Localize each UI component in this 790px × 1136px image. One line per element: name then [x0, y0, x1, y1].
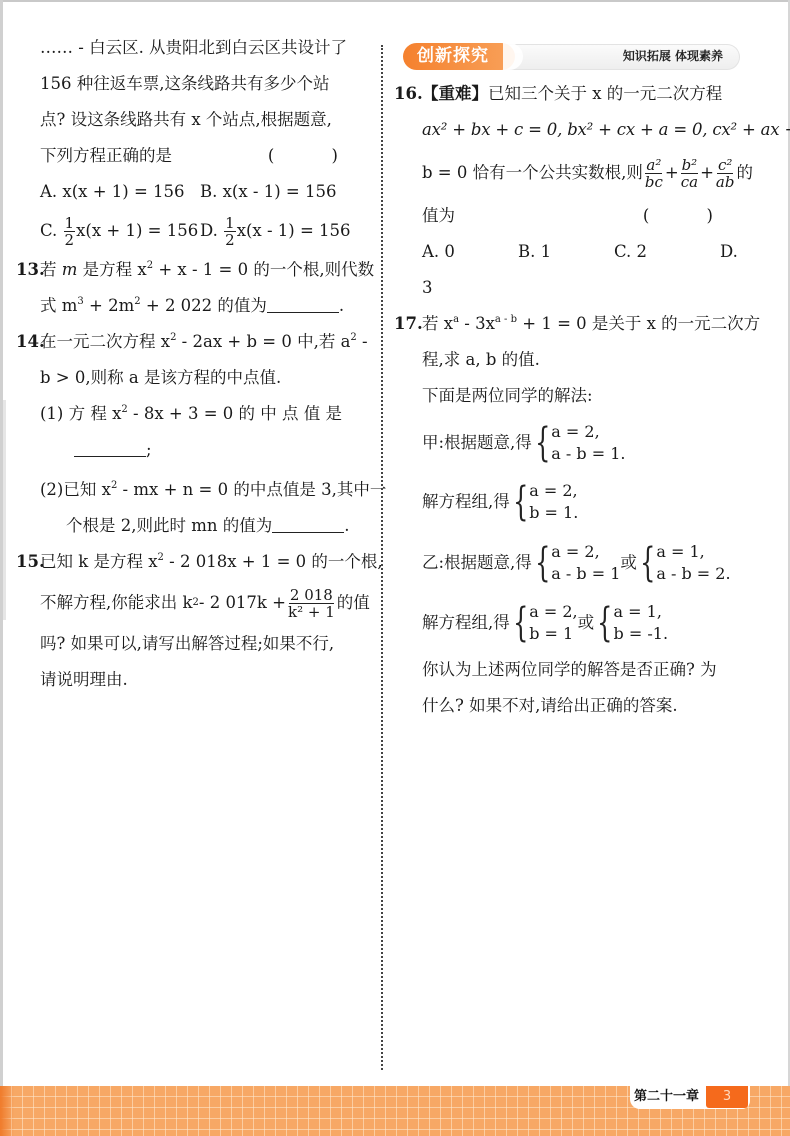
equation-system: {a = 2,a - b = 1.	[532, 421, 626, 465]
q12-options-row-2: C. 12x(x + 1) = 156 D. 12x(x - 1) = 156	[40, 210, 370, 252]
equation: b = 1	[529, 623, 577, 645]
left-column: …… - 白云区. 从贵阳北到白云区共设计了 156 种往返车票,这条线路共有多…	[40, 30, 370, 698]
page-number: 3	[706, 1086, 748, 1108]
option-d[interactable]: D.	[720, 234, 738, 270]
option-c-label: C.	[40, 221, 57, 240]
equation-system: {a = 2,a - b = 1	[532, 541, 621, 585]
q14-text: 在一元二次方程 x	[40, 332, 170, 351]
fraction-numerator: 1	[224, 215, 236, 232]
solve-label: 解方程组,得	[422, 484, 510, 520]
q17-line-3: 下面是两位同学的解法:	[422, 378, 745, 414]
q17-question-line-1: 你认为上述两位同学的解答是否正确? 为	[422, 652, 745, 688]
brace-icon: {	[597, 603, 612, 643]
q13-variable: m	[62, 260, 78, 279]
option-c[interactable]: C. 2	[614, 234, 720, 270]
fraction: 2 018k² + 1	[287, 587, 336, 620]
answer-parentheses[interactable]: ( )	[643, 198, 739, 234]
q14-text: (2)已知 x	[40, 480, 111, 499]
equation-system: {a = 2,b = 1.	[510, 480, 579, 524]
q15-line-3: 吗? 如果可以,请写出解答过程;如果不行,	[40, 626, 370, 662]
or-word: 或	[578, 605, 595, 641]
section-subtitle: 知识拓展 体现素养	[623, 46, 723, 66]
q14-text: - mx + n = 0 的中点值是 3,其中一	[117, 480, 386, 499]
fraction-denominator: ca	[680, 174, 699, 190]
answer-blank[interactable]	[267, 296, 339, 313]
fraction-numerator: b²	[681, 157, 699, 174]
question-number: 17.	[394, 306, 422, 342]
equation-system: {a = 1,b = -1.	[594, 601, 668, 645]
section-header: 创新探究 知识拓展 体现素养	[403, 43, 741, 70]
q12-line: 156 种往返车票,这条线路共有多少个站	[40, 66, 370, 102]
equation-system: {a = 2,b = 1	[510, 601, 578, 645]
exponent: a - b	[495, 314, 517, 325]
q14-part-1-answer: ;	[40, 432, 370, 472]
equation: a = 1,	[614, 601, 669, 623]
q17-text: - 3x	[459, 314, 495, 333]
plus-sign: +	[665, 155, 679, 191]
fraction: b²ca	[680, 157, 699, 190]
fraction-denominator: ab	[715, 174, 736, 190]
fraction-denominator: k² + 1	[287, 604, 336, 620]
q13-text: + x - 1 = 0 的一个根,则代数	[153, 260, 374, 279]
q15-line-2: 不解方程,你能求出 k2 - 2 017k + 2 018k² + 1的值	[40, 580, 370, 626]
q16-line-1: 16.【重难】已知三个关于 x 的一元二次方程	[422, 76, 745, 112]
jia-solution: 解方程组,得 {a = 2,b = 1.	[422, 472, 745, 532]
q14-part-2-line-2: 个根是 2,则此时 mn 的值为.	[40, 508, 370, 544]
q12-line: 点? 设这条线路共有 x 个站点,根据题意,	[40, 102, 370, 138]
equation: a - b = 2.	[656, 563, 730, 585]
fraction: 12	[224, 215, 236, 248]
difficulty-tag: 【重难】	[422, 84, 488, 103]
q13-line-1: 13.若 m 是方程 x2 + x - 1 = 0 的一个根,则代数	[40, 252, 370, 288]
q12-options-row-1: A. x(x + 1) = 156 B. x(x - 1) = 156	[40, 174, 370, 210]
option-a[interactable]: A. 0	[422, 234, 518, 270]
fraction-numerator: 2 018	[289, 587, 334, 604]
equation: b = 1.	[529, 502, 578, 524]
equation: a = 2,	[529, 601, 577, 623]
q15-text: - 2 017k +	[199, 585, 286, 621]
brace-icon: {	[535, 543, 550, 583]
q17-text: 若 x	[422, 314, 453, 333]
question-12-continued: …… - 白云区. 从贵阳北到白云区共设计了 156 种往返车票,这条线路共有多…	[40, 30, 370, 252]
q16-text: 已知三个关于 x 的一元二次方程	[488, 84, 722, 103]
yi-condition: 乙:根据题意,得 {a = 2,a - b = 1 或 {a = 1,a - b…	[422, 532, 745, 594]
q16-line-2: ax² + bx + c = 0, bx² + cx + a = 0, cx² …	[422, 112, 745, 148]
q14-text: - 8x + 3 = 0 的 中 点 值 是	[128, 404, 342, 423]
q17-line-1: 17.若 xa - 3xa - b + 1 = 0 是关于 x 的一元二次方	[422, 306, 745, 342]
brace-icon: {	[535, 423, 550, 463]
q14-text: - 2ax + b = 0 中,若 a	[176, 332, 350, 351]
option-b[interactable]: B. 1	[518, 234, 614, 270]
q13-text: 若	[40, 260, 62, 279]
q12-stem-end: 下列方程正确的是	[40, 146, 172, 165]
q15-line-1: 15.已知 k 是方程 x2 - 2 018x + 1 = 0 的一个根,	[40, 544, 370, 580]
q14-text: .	[344, 516, 349, 535]
q16-text: b = 0 恰有一个公共实数根,则	[422, 155, 643, 191]
q16-text: 值为	[422, 206, 455, 225]
q14-part-1: (1) 方 程 x2 - 8x + 3 = 0 的 中 点 值 是	[40, 396, 370, 432]
q17-text: + 1 = 0 是关于 x 的一元二次方	[517, 314, 760, 333]
brace-icon: {	[640, 543, 655, 583]
right-column: 16.【重难】已知三个关于 x 的一元二次方程 ax² + bx + c = 0…	[400, 76, 745, 724]
plus-sign: +	[700, 155, 714, 191]
q15-text: 已知 k 是方程 x	[40, 552, 158, 571]
fraction-numerator: c²	[717, 157, 733, 174]
q17-question-line-2: 什么? 如果不对,请给出正确的答案.	[422, 688, 745, 724]
question-13: 13.若 m 是方程 x2 + x - 1 = 0 的一个根,则代数 式 m3 …	[16, 252, 370, 324]
q16-text: 的	[736, 155, 753, 191]
q14-line-1: 14.在一元二次方程 x2 - 2ax + b = 0 中,若 a2 -	[40, 324, 370, 360]
q14-text: (1) 方 程 x	[40, 404, 121, 423]
q17-line-2: 程,求 a, b 的值.	[422, 342, 745, 378]
option-d[interactable]: D. 12x(x - 1) = 156	[200, 213, 351, 249]
q16-line-3: b = 0 恰有一个公共实数根,则 a²bc + b²ca + c²ab 的	[422, 148, 745, 198]
fraction-denominator: bc	[644, 174, 664, 190]
option-a[interactable]: A. x(x + 1) = 156	[40, 174, 200, 210]
option-c-expression: x(x + 1) = 156	[76, 221, 198, 240]
section-badge: 创新探究	[403, 43, 515, 70]
fraction: a²bc	[644, 157, 664, 190]
equation: b = -1.	[614, 623, 669, 645]
q14-text: -	[357, 332, 368, 351]
equation: a = 2,	[551, 421, 625, 443]
page-border-top	[0, 0, 790, 2]
question-number: 16.	[394, 76, 422, 112]
equation: a = 2,	[551, 541, 620, 563]
q13-text: 是方程 x	[77, 260, 146, 279]
q15-text: 的值	[337, 585, 370, 621]
q13-text: 式 m	[40, 296, 77, 315]
q12-line: 下列方程正确的是 ( )	[40, 138, 370, 174]
answer-parentheses[interactable]: ( )	[268, 138, 364, 174]
option-d-expression: x(x - 1) = 156	[237, 221, 351, 240]
chapter-label: 第二十一章	[634, 1088, 699, 1106]
q14-line-2: b > 0,则称 a 是该方程的中点值.	[40, 360, 370, 396]
question-number: 14.	[16, 324, 40, 360]
equation: a = 1,	[656, 541, 730, 563]
equation-system: {a = 1,a - b = 2.	[637, 541, 731, 585]
option-d-label: D.	[200, 221, 218, 240]
question-15: 15.已知 k 是方程 x2 - 2 018x + 1 = 0 的一个根, 不解…	[16, 544, 370, 698]
brace-icon: {	[513, 482, 528, 522]
q16-options: A. 0 B. 1 C. 2 D.	[422, 234, 745, 270]
q15-text: - 2 018x + 1 = 0 的一个根,	[164, 552, 383, 571]
q14-text: 个根是 2,则此时 mn 的值为	[66, 516, 272, 535]
option-d-value: 3	[422, 270, 745, 306]
equation: a = 2,	[529, 480, 578, 502]
q13-text: + 2 022 的值为	[141, 296, 267, 315]
q15-line-4: 请说明理由.	[40, 662, 370, 698]
jia-condition: 甲:根据题意,得 {a = 2,a - b = 1.	[422, 414, 745, 472]
answer-blank[interactable]	[74, 440, 146, 457]
footer-edge-shade	[0, 1086, 14, 1136]
binding-shadow	[3, 400, 6, 620]
or-word: 或	[620, 545, 637, 581]
equation: a - b = 1	[551, 563, 620, 585]
q14-text: ;	[146, 440, 152, 459]
fraction: c²ab	[715, 157, 736, 190]
jia-label: 甲:根据题意,得	[422, 425, 532, 461]
q16-line-4: 值为 ( )	[422, 198, 745, 234]
fraction: 12	[64, 215, 76, 248]
answer-blank[interactable]	[272, 516, 344, 533]
q12-line: …… - 白云区. 从贵阳北到白云区共设计了	[40, 30, 370, 66]
fraction-numerator: 1	[64, 215, 76, 232]
q15-text: 不解方程,你能求出 k	[40, 585, 193, 621]
column-divider	[381, 45, 383, 1070]
q14-part-2: (2)已知 x2 - mx + n = 0 的中点值是 3,其中一	[40, 472, 370, 508]
question-17: 17.若 xa - 3xa - b + 1 = 0 是关于 x 的一元二次方 程…	[398, 306, 745, 724]
fraction-numerator: a²	[645, 157, 662, 174]
option-c[interactable]: C. 12x(x + 1) = 156	[40, 213, 200, 249]
brace-icon: {	[513, 603, 528, 643]
question-14: 14.在一元二次方程 x2 - 2ax + b = 0 中,若 a2 - b >…	[16, 324, 370, 544]
equation: a - b = 1.	[551, 443, 625, 465]
fraction-denominator: 2	[64, 232, 76, 248]
yi-solution: 解方程组,得 {a = 2,b = 1 或 {a = 1,b = -1.	[422, 594, 745, 652]
yi-label: 乙:根据题意,得	[422, 545, 532, 581]
q13-text: + 2m	[84, 296, 134, 315]
q13-text: .	[339, 296, 344, 315]
question-number: 13.	[16, 252, 40, 288]
q13-line-2: 式 m3 + 2m2 + 2 022 的值为.	[40, 288, 370, 324]
question-16: 16.【重难】已知三个关于 x 的一元二次方程 ax² + bx + c = 0…	[398, 76, 745, 306]
option-b[interactable]: B. x(x - 1) = 156	[200, 174, 336, 210]
question-number: 15.	[16, 544, 40, 580]
fraction-denominator: 2	[224, 232, 236, 248]
solve-label: 解方程组,得	[422, 605, 510, 641]
